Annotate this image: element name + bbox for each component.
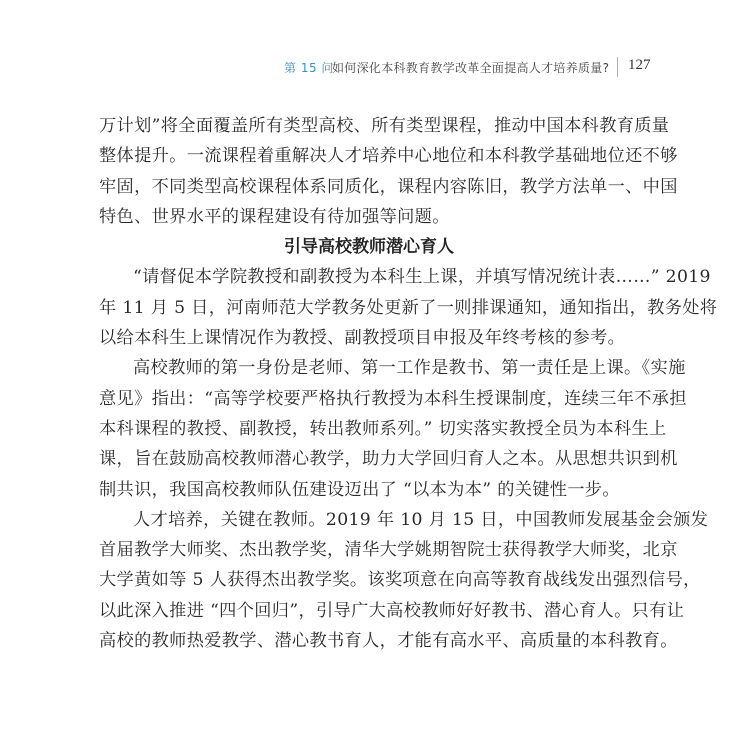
text-line: 高校的教师热爱教学、潜心教书育人，才能有高水平、高质量的本科教育。 [99,626,639,656]
text-line: 首届教学大师奖、杰出教学奖，清华大学姚期智院士获得教学大师奖，北京 [99,535,639,565]
text-line: 整体提升。一流课程着重解决人才培养中心地位和本科教学基础地位还不够 [99,141,639,171]
text-line: 课，旨在鼓励高校教师潜心教学，助力大学回归育人之本。从思想共识到机 [99,444,639,474]
page-number: 127 [628,57,651,74]
chapter-label: 第 15 问 [284,59,334,76]
section-heading: 引导高校教师潜心育人 [99,232,639,262]
page-body: 万计划”将全面覆盖所有类型高校、所有类型课程，推动中国本科教育质量 整体提升。一… [99,111,639,656]
text-line: 大学黄如等 5 人获得杰出教学奖。该奖项意在向高等教育战线发出强烈信号， [99,565,639,595]
text-line: 高校教师的第一身份是老师、第一工作是教书、第一责任是上课。《实施 [99,353,639,383]
text-line: 制共识，我国高校教师队伍建设迈出了 “以本为本” 的关键性一步。 [99,475,639,505]
chapter-title: 如何深化本科教育教学改革全面提高人才培养质量? [332,59,609,76]
text-line: 以给本科生上课情况作为教授、副教授项目申报及年终考核的参考。 [99,323,639,353]
text-line: 人才培养，关键在教师。2019 年 10 月 15 日，中国教师发展基金会颁发 [99,505,639,535]
text-line: 特色、世界水平的课程建设有待加强等问题。 [99,202,639,232]
text-line: 以此深入推进 “四个回归”，引导广大高校教师好好教书、潜心育人。只有让 [99,596,639,626]
header-divider [617,57,618,77]
text-line: 意见》指出：“高等学校要严格执行教授为本科生授课制度，连续三年不承担 [99,384,639,414]
paragraph-1: 万计划”将全面覆盖所有类型高校、所有类型课程，推动中国本科教育质量 整体提升。一… [99,111,639,232]
text-line: 牢固，不同类型高校课程体系同质化，课程内容陈旧，教学方法单一、中国 [99,172,639,202]
paragraph-4: 人才培养，关键在教师。2019 年 10 月 15 日，中国教师发展基金会颁发 … [99,505,639,656]
paragraph-2: “请督促本学院教授和副教授为本科生上课，并填写情况统计表……” 2019 年 1… [99,262,639,353]
text-line: 本科课程的教授、副教授，转出教师系列。” 切实落实教授全员为本科生上 [99,414,639,444]
text-line: 万计划”将全面覆盖所有类型高校、所有类型课程，推动中国本科教育质量 [99,111,639,141]
text-line: 年 11 月 5 日，河南师范大学教务处更新了一则排课通知，通知指出，教务处将 [99,293,639,323]
running-header: 第 15 问 如何深化本科教育教学改革全面提高人才培养质量? 127 [0,57,730,79]
paragraph-3: 高校教师的第一身份是老师、第一工作是教书、第一责任是上课。《实施 意见》指出：“… [99,353,639,504]
text-line: “请督促本学院教授和副教授为本科生上课，并填写情况统计表……” 2019 [99,262,639,292]
